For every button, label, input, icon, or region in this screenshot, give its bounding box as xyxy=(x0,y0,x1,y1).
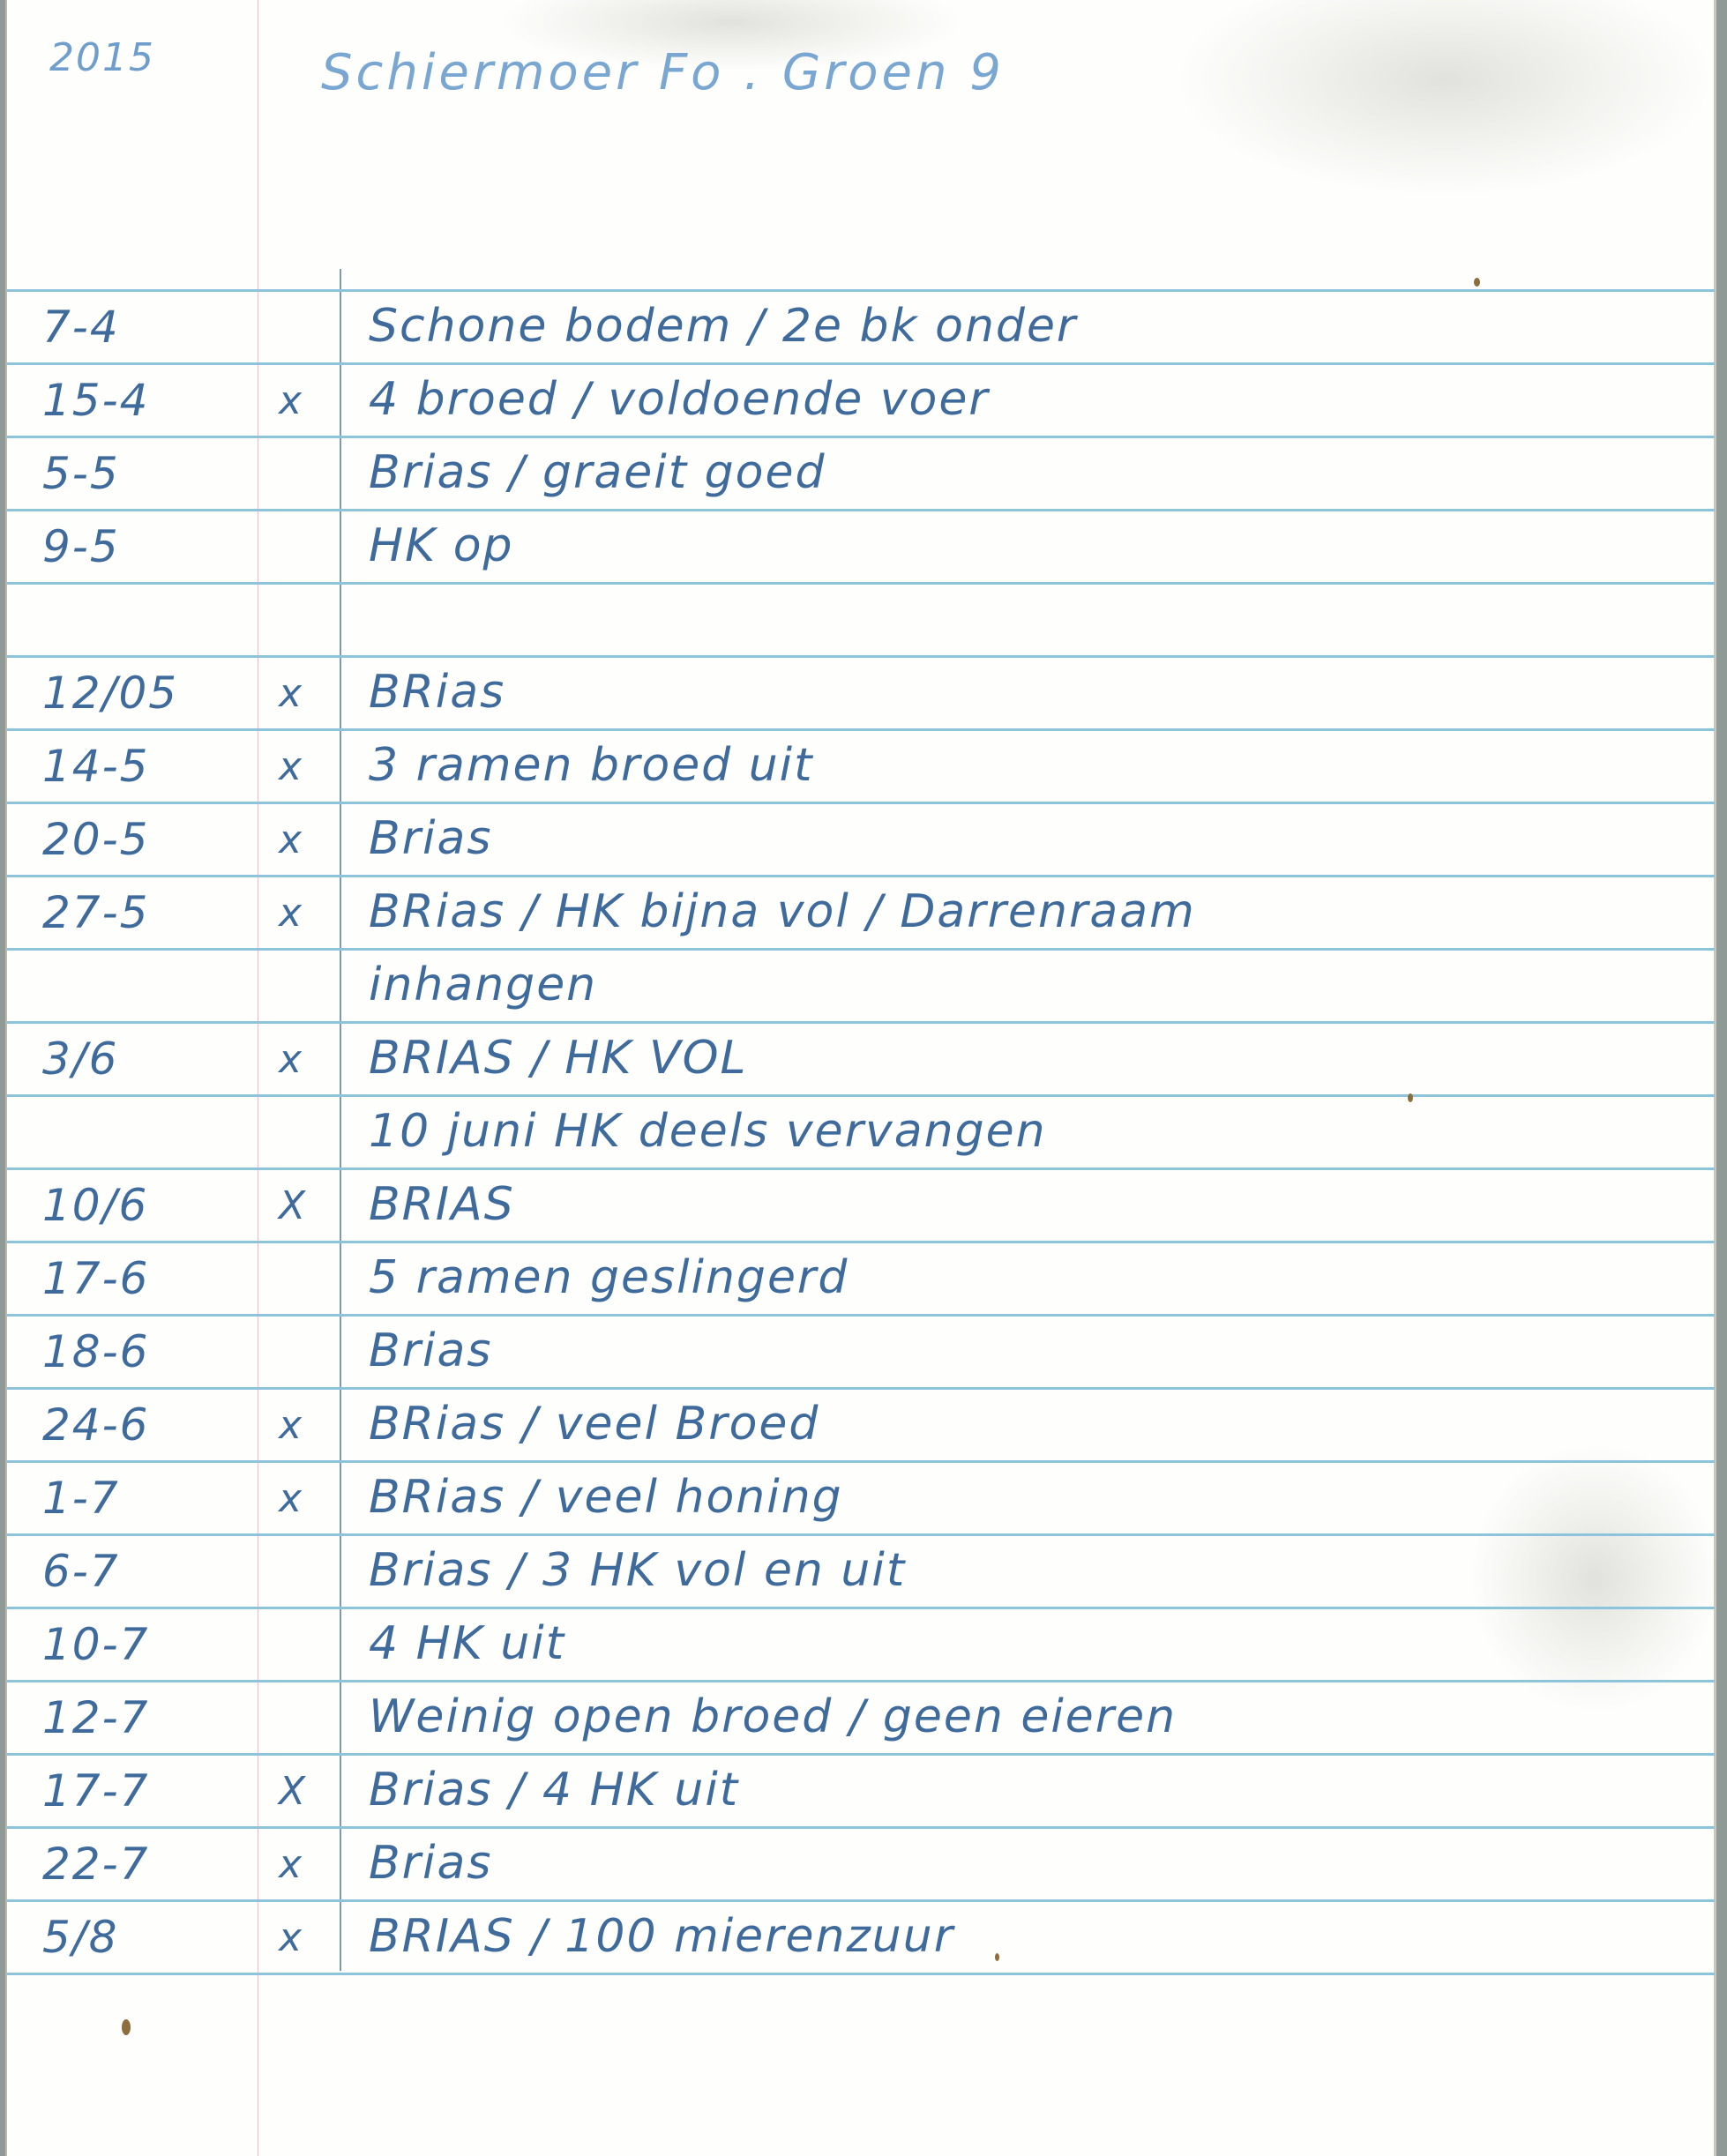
entry-check-mark: X xyxy=(279,1183,307,1228)
ruled-line xyxy=(7,728,1715,731)
entry-notes: BRias xyxy=(369,666,505,719)
ruled-line xyxy=(7,1973,1715,1975)
entry-check-mark: x xyxy=(279,1037,303,1082)
entry-check-mark: x xyxy=(279,891,303,936)
entry-notes: inhangen xyxy=(369,959,597,1011)
entry-check-mark: x xyxy=(279,1403,303,1448)
ruled-line xyxy=(7,1533,1715,1536)
entry-date: 7-4 xyxy=(42,302,120,353)
entry-check-mark: x xyxy=(279,744,303,789)
ruled-line xyxy=(7,1094,1715,1097)
entry-notes: Brias / 4 HK uit xyxy=(369,1764,739,1817)
entry-notes: BRias / veel Broed xyxy=(369,1398,819,1451)
entry-date: 12/05 xyxy=(42,668,178,719)
entry-notes: BRIAS xyxy=(369,1178,515,1231)
entry-check-mark: x xyxy=(279,671,303,716)
entry-date: 10/6 xyxy=(42,1180,148,1231)
entry-date: 24-6 xyxy=(42,1399,149,1451)
ruled-line xyxy=(7,1899,1715,1902)
entry-date: 5-5 xyxy=(42,448,120,499)
paper-speck xyxy=(995,1953,999,1961)
paper-speck xyxy=(1474,278,1480,287)
entry-date: 22-7 xyxy=(42,1839,149,1890)
entry-notes: Weinig open broed / geen eieren xyxy=(369,1690,1177,1743)
column-divider-line xyxy=(340,269,341,1971)
entry-check-mark: x xyxy=(279,1476,303,1521)
entry-date: 5/8 xyxy=(42,1912,118,1963)
ruled-line xyxy=(7,875,1715,877)
ruled-line xyxy=(7,1680,1715,1682)
entry-check-mark: X xyxy=(279,1769,307,1814)
paper-stain xyxy=(1180,0,1709,194)
entry-notes: BRIAS / 100 mierenzuur xyxy=(369,1910,954,1963)
entry-notes: 5 ramen geslingerd xyxy=(369,1251,849,1304)
header-title: Schiermoer Fo . Groen 9 xyxy=(321,44,1005,101)
entry-notes: Brias xyxy=(369,1837,492,1890)
entry-notes: Brias / graeit goed xyxy=(369,446,826,499)
ruled-line xyxy=(7,655,1715,658)
entry-check-mark: x xyxy=(279,1842,303,1887)
ruled-line xyxy=(7,1460,1715,1463)
entry-notes: Brias xyxy=(369,1324,492,1377)
ruled-line xyxy=(7,1387,1715,1390)
ruled-line xyxy=(7,362,1715,365)
entry-date: 27-5 xyxy=(42,887,149,938)
entry-date: 6-7 xyxy=(42,1546,120,1597)
entry-check-mark: x xyxy=(279,378,303,423)
red-margin-line xyxy=(258,0,258,2156)
ruled-line xyxy=(7,1021,1715,1024)
entry-date: 10-7 xyxy=(42,1619,149,1670)
header-year: 2015 xyxy=(49,35,155,80)
entry-date: 17-7 xyxy=(42,1765,149,1817)
notebook-page: 2015 Schiermoer Fo . Groen 9 7-4Schone b… xyxy=(5,0,1716,2156)
ruled-line xyxy=(7,1241,1715,1243)
entry-date: 9-5 xyxy=(42,521,120,572)
ruled-line xyxy=(7,1753,1715,1756)
ruled-line xyxy=(7,1168,1715,1170)
entry-date: 18-6 xyxy=(42,1326,149,1377)
entry-date: 1-7 xyxy=(42,1473,120,1524)
entry-notes: 10 juni HK deels vervangen xyxy=(369,1105,1047,1158)
ruled-line xyxy=(7,509,1715,511)
ruled-line xyxy=(7,802,1715,804)
entry-notes: Brias xyxy=(369,812,492,865)
entry-date: 14-5 xyxy=(42,741,149,792)
entry-notes: BRias / HK bijna vol / Darrenraam xyxy=(369,885,1196,938)
paper-speck xyxy=(122,2019,131,2035)
ruled-line xyxy=(7,436,1715,438)
entry-date: 17-6 xyxy=(42,1253,149,1304)
entry-notes: HK op xyxy=(369,519,514,572)
ruled-line xyxy=(7,1607,1715,1609)
entry-notes: BRias / veel honing xyxy=(369,1471,843,1524)
entry-check-mark: x xyxy=(279,1915,303,1960)
entry-date: 12-7 xyxy=(42,1692,149,1743)
entry-date: 3/6 xyxy=(42,1033,118,1085)
paper-speck xyxy=(1408,1093,1413,1102)
entry-date: 20-5 xyxy=(42,814,149,865)
entry-notes: 3 ramen broed uit xyxy=(369,739,814,792)
paper-stain xyxy=(1471,1446,1718,1711)
entry-notes: Schone bodem / 2e bk onder xyxy=(369,300,1077,353)
ruled-line xyxy=(7,1314,1715,1317)
ruled-line xyxy=(7,582,1715,585)
entry-check-mark: x xyxy=(279,817,303,862)
ruled-line xyxy=(7,1826,1715,1829)
entry-notes: Brias / 3 HK vol en uit xyxy=(369,1544,906,1597)
entry-date: 15-4 xyxy=(42,375,149,426)
entry-notes: 4 HK uit xyxy=(369,1617,565,1670)
ruled-line xyxy=(7,289,1715,292)
entry-notes: 4 broed / voldoende voer xyxy=(369,373,990,426)
ruled-line xyxy=(7,948,1715,951)
entry-notes: BRIAS / HK VOL xyxy=(369,1032,748,1085)
